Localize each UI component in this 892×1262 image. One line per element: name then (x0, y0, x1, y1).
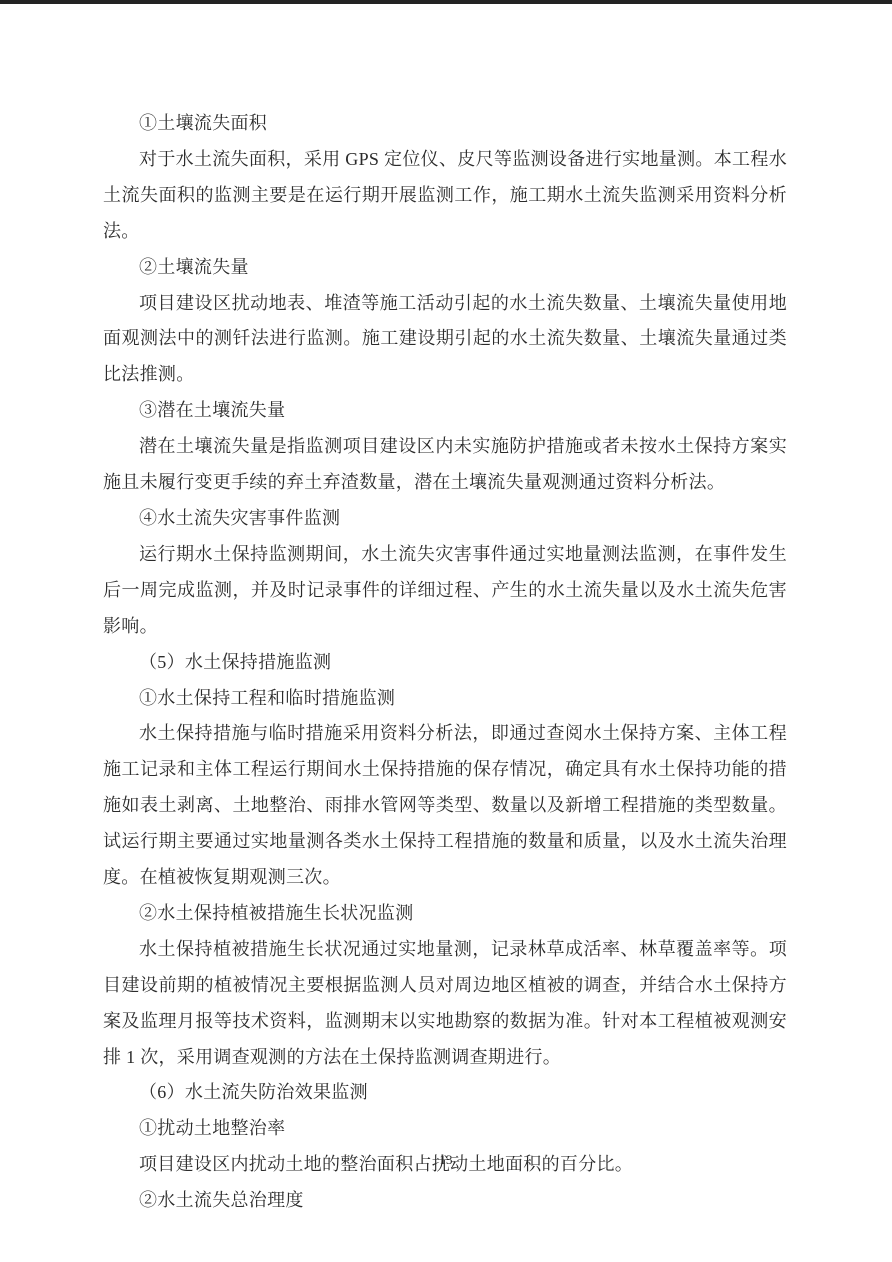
paragraph-heading: （5）水土保持措施监测 (103, 645, 787, 681)
paragraph-body: 水土保持措施与临时措施采用资料分析法，即通过查阅水土保持方案、主体工程施工记录和… (103, 716, 787, 896)
paragraph-heading: ①土壤流失面积 (103, 106, 787, 142)
document-page-body: ①土壤流失面积 对于水土流失面积，采用 GPS 定位仪、皮尺等监测设备进行实地量… (103, 106, 787, 1219)
paragraph-heading: ②土壤流失量 (103, 250, 787, 286)
paragraph-body: 运行期水土保持监测期间，水土流失灾害事件通过实地量测法监测，在事件发生后一周完成… (103, 537, 787, 645)
paragraph-heading: ④水土流失灾害事件监测 (103, 501, 787, 537)
page-top-border (0, 0, 892, 4)
paragraph-body: 项目建设区扰动地表、堆渣等施工活动引起的水土流失数量、土壤流失量使用地面观测法中… (103, 286, 787, 394)
page-number: 13 (0, 1150, 892, 1170)
paragraph-heading: （6）水土流失防治效果监测 (103, 1075, 787, 1111)
paragraph-heading: ②水土保持植被措施生长状况监测 (103, 896, 787, 932)
paragraph-heading: ②水土流失总治理度 (103, 1183, 787, 1219)
paragraph-body: 潜在土壤流失量是指监测项目建设区内未实施防护措施或者未按水土保持方案实施且未履行… (103, 429, 787, 501)
paragraph-body: 水土保持植被措施生长状况通过实地量测，记录林草成活率、林草覆盖率等。项目建设前期… (103, 932, 787, 1076)
paragraph-body: 对于水土流失面积，采用 GPS 定位仪、皮尺等监测设备进行实地量测。本工程水土流… (103, 142, 787, 250)
paragraph-heading: ①扰动土地整治率 (103, 1111, 787, 1147)
paragraph-heading: ③潜在土壤流失量 (103, 393, 787, 429)
paragraph-heading: ①水土保持工程和临时措施监测 (103, 681, 787, 717)
